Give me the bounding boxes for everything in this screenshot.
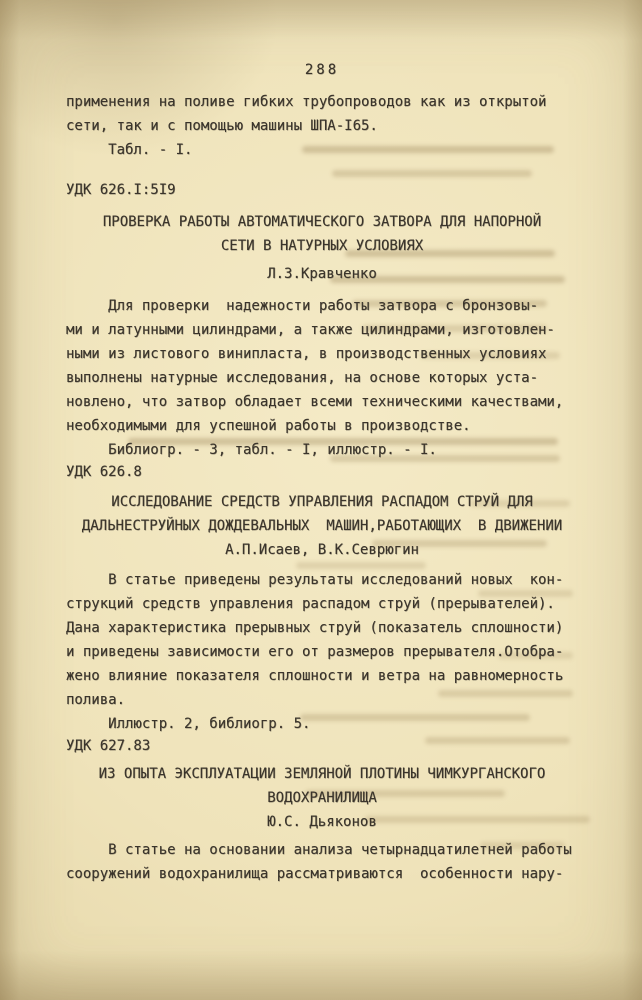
article-abstract: Для проверки надежности работы затвора с… xyxy=(66,294,578,462)
article-authors: А.П.Исаев, В.К.Севрюгин xyxy=(66,538,578,562)
text-line: В статье приведены результаты исследован… xyxy=(66,568,578,592)
udc-code: УДК 627.83 xyxy=(66,734,578,758)
text-line: новлено, что затвор обладает всеми техни… xyxy=(66,390,578,414)
text-line: Иллюстр. 2, библиогр. 5. xyxy=(66,712,578,736)
article-title: ПРОВЕРКА РАБОТЫ АВТОМАТИЧЕСКОГО ЗАТВОРА … xyxy=(66,210,578,258)
text-line: ми и латунными цилиндрами, а также цилин… xyxy=(66,318,578,342)
text-line: ИЗ ОПЫТА ЭКСПЛУАТАЦИИ ЗЕМЛЯНОЙ ПЛОТИНЫ Ч… xyxy=(66,762,578,786)
text-line: ИССЛЕДОВАНИЕ СРЕДСТВ УПРАВЛЕНИЯ РАСПАДОМ… xyxy=(66,490,578,514)
text-line: жено влияние показателя сплошности и вет… xyxy=(66,664,578,688)
article-abstract: В статье на основании анализа четырнадца… xyxy=(66,838,578,886)
article-authors: Л.З.Кравченко xyxy=(66,262,578,286)
continuation-paragraph: применения на поливе гибких трубопроводо… xyxy=(66,90,578,162)
text-line: и приведены зависимости его от размеров … xyxy=(66,640,578,664)
page-number: 288 xyxy=(66,58,578,82)
text-line: Дана характеристика прерывных струй (пок… xyxy=(66,616,578,640)
text-line: сети, так и с помощью машины ШПА-I65. xyxy=(66,114,578,138)
text-line: необходимыми для успешной работы в произ… xyxy=(66,414,578,438)
bleed-through-artifact xyxy=(332,170,532,177)
article-title: ИЗ ОПЫТА ЭКСПЛУАТАЦИИ ЗЕМЛЯНОЙ ПЛОТИНЫ Ч… xyxy=(66,762,578,810)
text-line: Табл. - I. xyxy=(66,138,578,162)
article-abstract: В статье приведены результаты исследован… xyxy=(66,568,578,736)
text-line: струкций средств управления распадом стр… xyxy=(66,592,578,616)
text-line: В статье на основании анализа четырнадца… xyxy=(66,838,578,862)
text-line: ными из листового винипласта, в производ… xyxy=(66,342,578,366)
udc-code: УДК 626.I:5I9 xyxy=(66,178,578,202)
text-line: полива. xyxy=(66,688,578,712)
text-line: выполнены натурные исследования, на осно… xyxy=(66,366,578,390)
text-line: Для проверки надежности работы затвора с… xyxy=(66,294,578,318)
text-line: СЕТИ В НАТУРНЫХ УСЛОВИЯХ xyxy=(66,234,578,258)
text-line: применения на поливе гибких трубопроводо… xyxy=(66,90,578,114)
text-line: сооружений водохранилища рассматриваются… xyxy=(66,862,578,886)
text-line: ВОДОХРАНИЛИЩА xyxy=(66,786,578,810)
text-line: Библиогр. - 3, табл. - I, иллюстр. - I. xyxy=(66,438,578,462)
text-line: ДАЛЬНЕСТРУЙНЫХ ДОЖДЕВАЛЬНЫХ МАШИН,РАБОТА… xyxy=(66,514,578,538)
article-title: ИССЛЕДОВАНИЕ СРЕДСТВ УПРАВЛЕНИЯ РАСПАДОМ… xyxy=(66,490,578,538)
article-authors: Ю.С. Дьяконов xyxy=(66,810,578,834)
text-line: ПРОВЕРКА РАБОТЫ АВТОМАТИЧЕСКОГО ЗАТВОРА … xyxy=(66,210,578,234)
scanned-page: 288 применения на поливе гибких трубопро… xyxy=(0,0,642,1000)
udc-code: УДК 626.8 xyxy=(66,460,578,484)
